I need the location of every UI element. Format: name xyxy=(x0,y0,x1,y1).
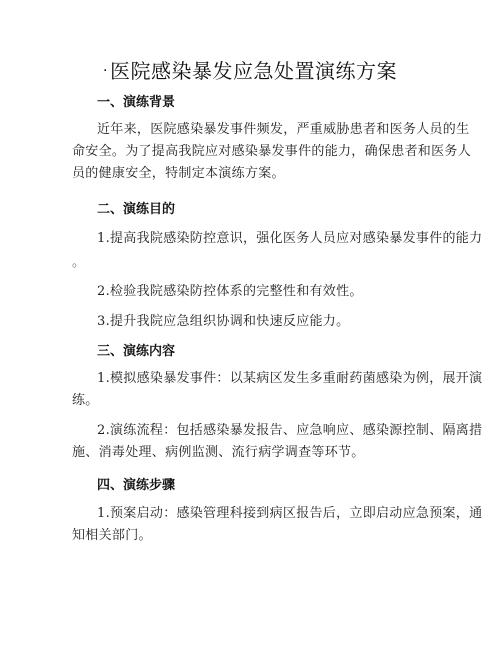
paragraph-line: 近年来，医院感染暴发事件频发，严重威胁患者和医务人员的生 xyxy=(72,119,432,141)
objective-item-3: 3.提升我院应急组织协调和快速反应能力。 xyxy=(72,311,432,333)
content-item-1: 1.模拟感染暴发事件：以某病区发生多重耐药菌感染为例，展开演 练。 xyxy=(72,368,432,412)
objective-item-1-trailing-period: 。 xyxy=(72,254,85,272)
paragraph-line: 2.演练流程：包括感染暴发报告、应急响应、感染源控制、隔离措 xyxy=(72,420,432,442)
section-heading-steps: 四、演练步骤 xyxy=(97,477,175,495)
section-heading-background: 一、演练背景 xyxy=(97,94,175,112)
paragraph-background: 近年来，医院感染暴发事件频发，严重威胁患者和医务人员的生 命安全。为了提高我院应… xyxy=(72,119,432,185)
title-text: 医院感染暴发应急处置演练方案 xyxy=(110,59,397,83)
paragraph-line: 施、消毒处理、病例监测、流行病学调查等环节。 xyxy=(72,442,432,464)
paragraph-line: 员的健康安全，特制定本演练方案。 xyxy=(72,163,432,185)
paragraph-line: 1.预案启动：感染管理科接到病区报告后，立即启动应急预案，通 xyxy=(72,503,432,525)
document-page: ·医院感染暴发应急处置演练方案 一、演练背景 近年来，医院感染暴发事件频发，严重… xyxy=(0,0,500,647)
step-item-1: 1.预案启动：感染管理科接到病区报告后，立即启动应急预案，通 知相关部门。 xyxy=(72,503,432,547)
content-item-2: 2.演练流程：包括感染暴发报告、应急响应、感染源控制、隔离措 施、消毒处理、病例… xyxy=(72,420,432,464)
paragraph-line: 3.提升我院应急组织协调和快速反应能力。 xyxy=(72,311,432,333)
paragraph-line: 知相关部门。 xyxy=(72,525,432,547)
document-title: ·医院感染暴发应急处置演练方案 xyxy=(0,58,500,84)
paragraph-line: 1.提高我院感染防控意识，强化医务人员应对感染暴发事件的能力 xyxy=(72,228,432,250)
section-heading-objectives: 二、演练目的 xyxy=(97,201,175,219)
section-heading-content: 三、演练内容 xyxy=(97,343,175,361)
paragraph-line: 2.检验我院感染防控体系的完整性和有效性。 xyxy=(72,281,432,303)
objective-item-1: 1.提高我院感染防控意识，强化医务人员应对感染暴发事件的能力 xyxy=(72,228,432,250)
title-bullet-marker: · xyxy=(103,58,108,84)
objective-item-2: 2.检验我院感染防控体系的完整性和有效性。 xyxy=(72,281,432,303)
paragraph-line: 命安全。为了提高我院应对感染暴发事件的能力，确保患者和医务人 xyxy=(72,141,432,163)
paragraph-line: 1.模拟感染暴发事件：以某病区发生多重耐药菌感染为例，展开演 xyxy=(72,368,432,390)
paragraph-line: 练。 xyxy=(72,390,432,412)
